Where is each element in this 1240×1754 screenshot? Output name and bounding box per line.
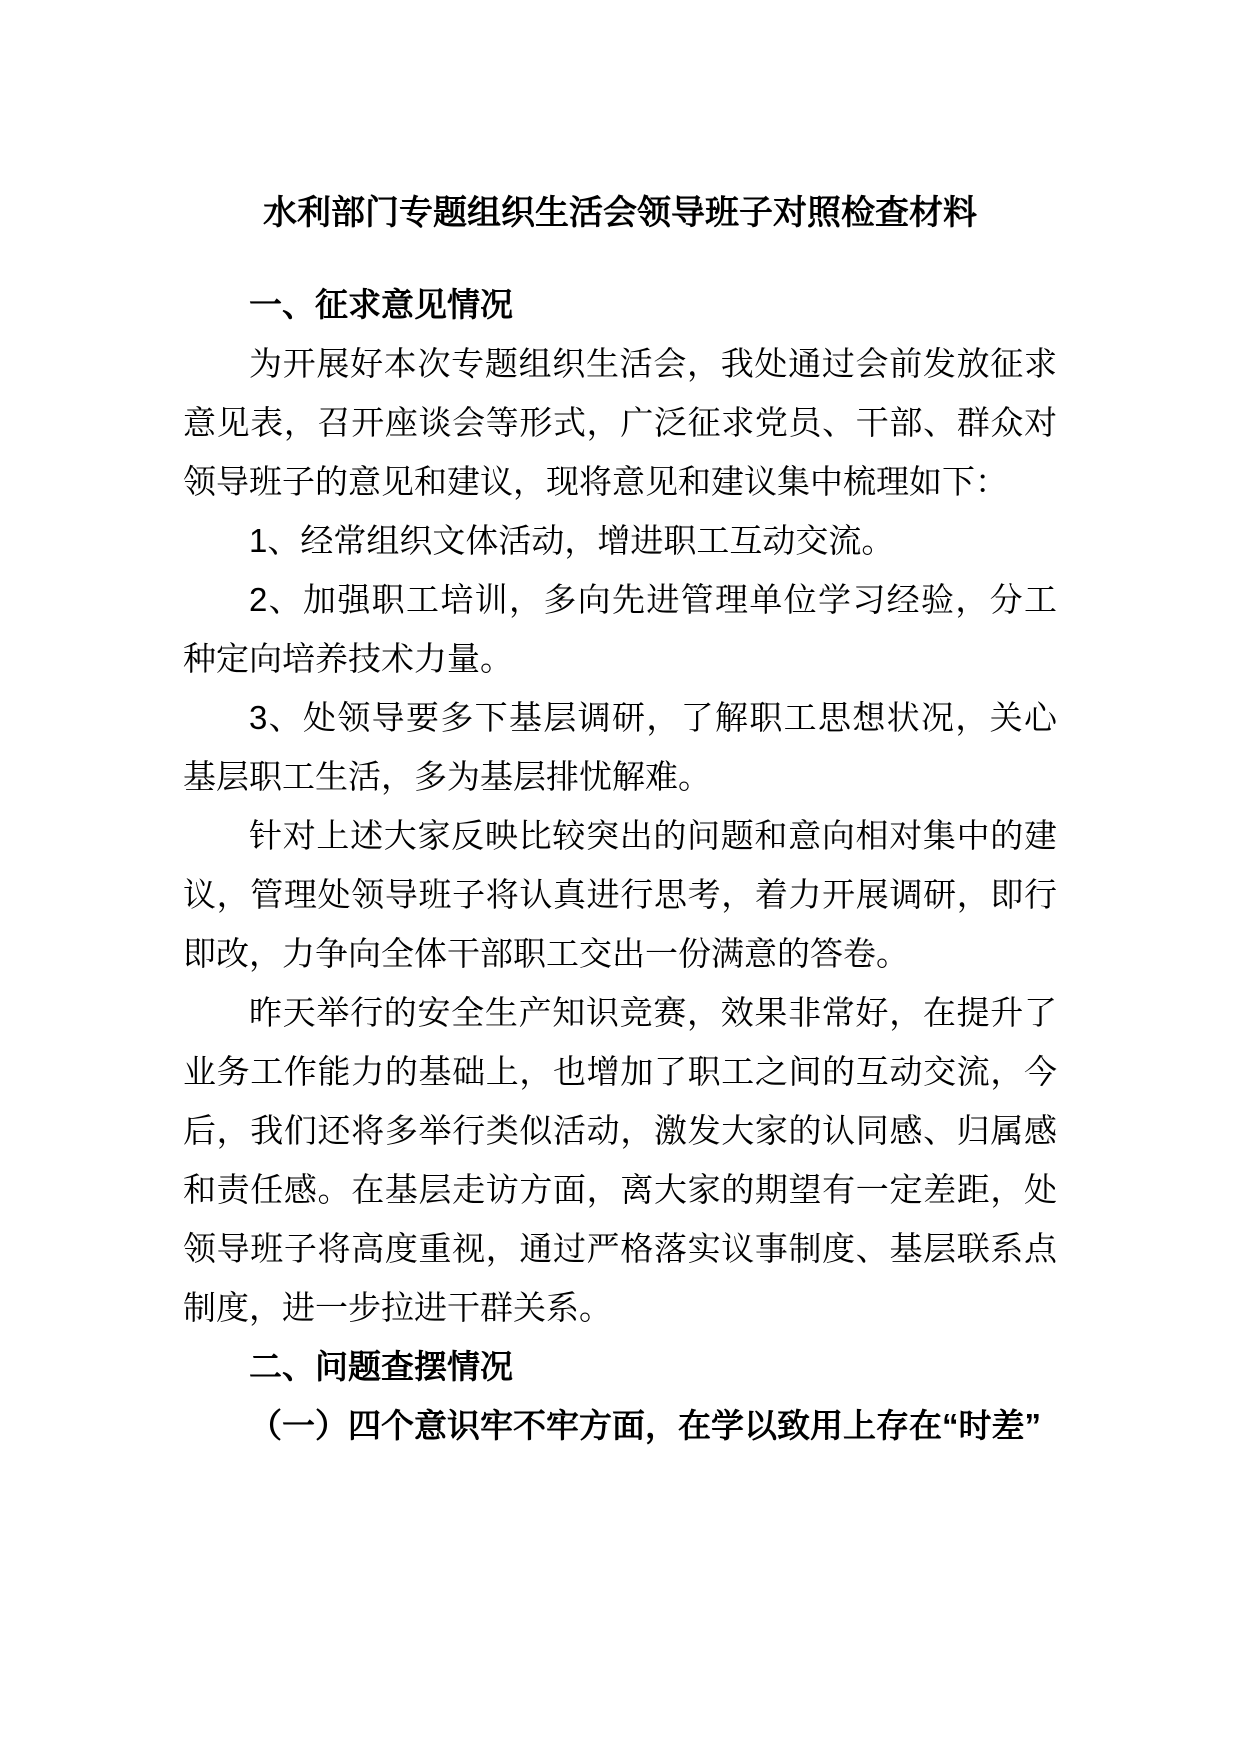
paragraph: 1、经常组织文体活动，增进职工互动交流。: [183, 511, 1057, 570]
paragraph: 针对上述大家反映比较突出的问题和意向相对集中的建议，管理处领导班子将认真进行思考…: [183, 806, 1057, 983]
section-heading: 一、征求意见情况: [183, 275, 1057, 334]
document-title: 水利部门专题组织生活会领导班子对照检查材料: [183, 184, 1057, 243]
paragraph: 2、加强职工培训，多向先进管理单位学习经验，分工种定向培养技术力量。: [183, 570, 1057, 688]
paragraph: 为开展好本次专题组织生活会，我处通过会前发放征求意见表，召开座谈会等形式，广泛征…: [183, 334, 1057, 511]
document-body: 一、征求意见情况为开展好本次专题组织生活会，我处通过会前发放征求意见表，召开座谈…: [183, 275, 1057, 1455]
document-page: 水利部门专题组织生活会领导班子对照检查材料 一、征求意见情况为开展好本次专题组织…: [0, 0, 1240, 1754]
section-heading: （一）四个意识牢不牢方面，在学以致用上存在“时差”: [183, 1396, 1057, 1455]
paragraph: 昨天举行的安全生产知识竞赛，效果非常好，在提升了业务工作能力的基础上，也增加了职…: [183, 983, 1057, 1337]
document-content: 水利部门专题组织生活会领导班子对照检查材料 一、征求意见情况为开展好本次专题组织…: [183, 0, 1057, 1455]
section-heading: 二、问题查摆情况: [183, 1337, 1057, 1396]
paragraph: 3、处领导要多下基层调研，了解职工思想状况，关心基层职工生活，多为基层排忧解难。: [183, 688, 1057, 806]
